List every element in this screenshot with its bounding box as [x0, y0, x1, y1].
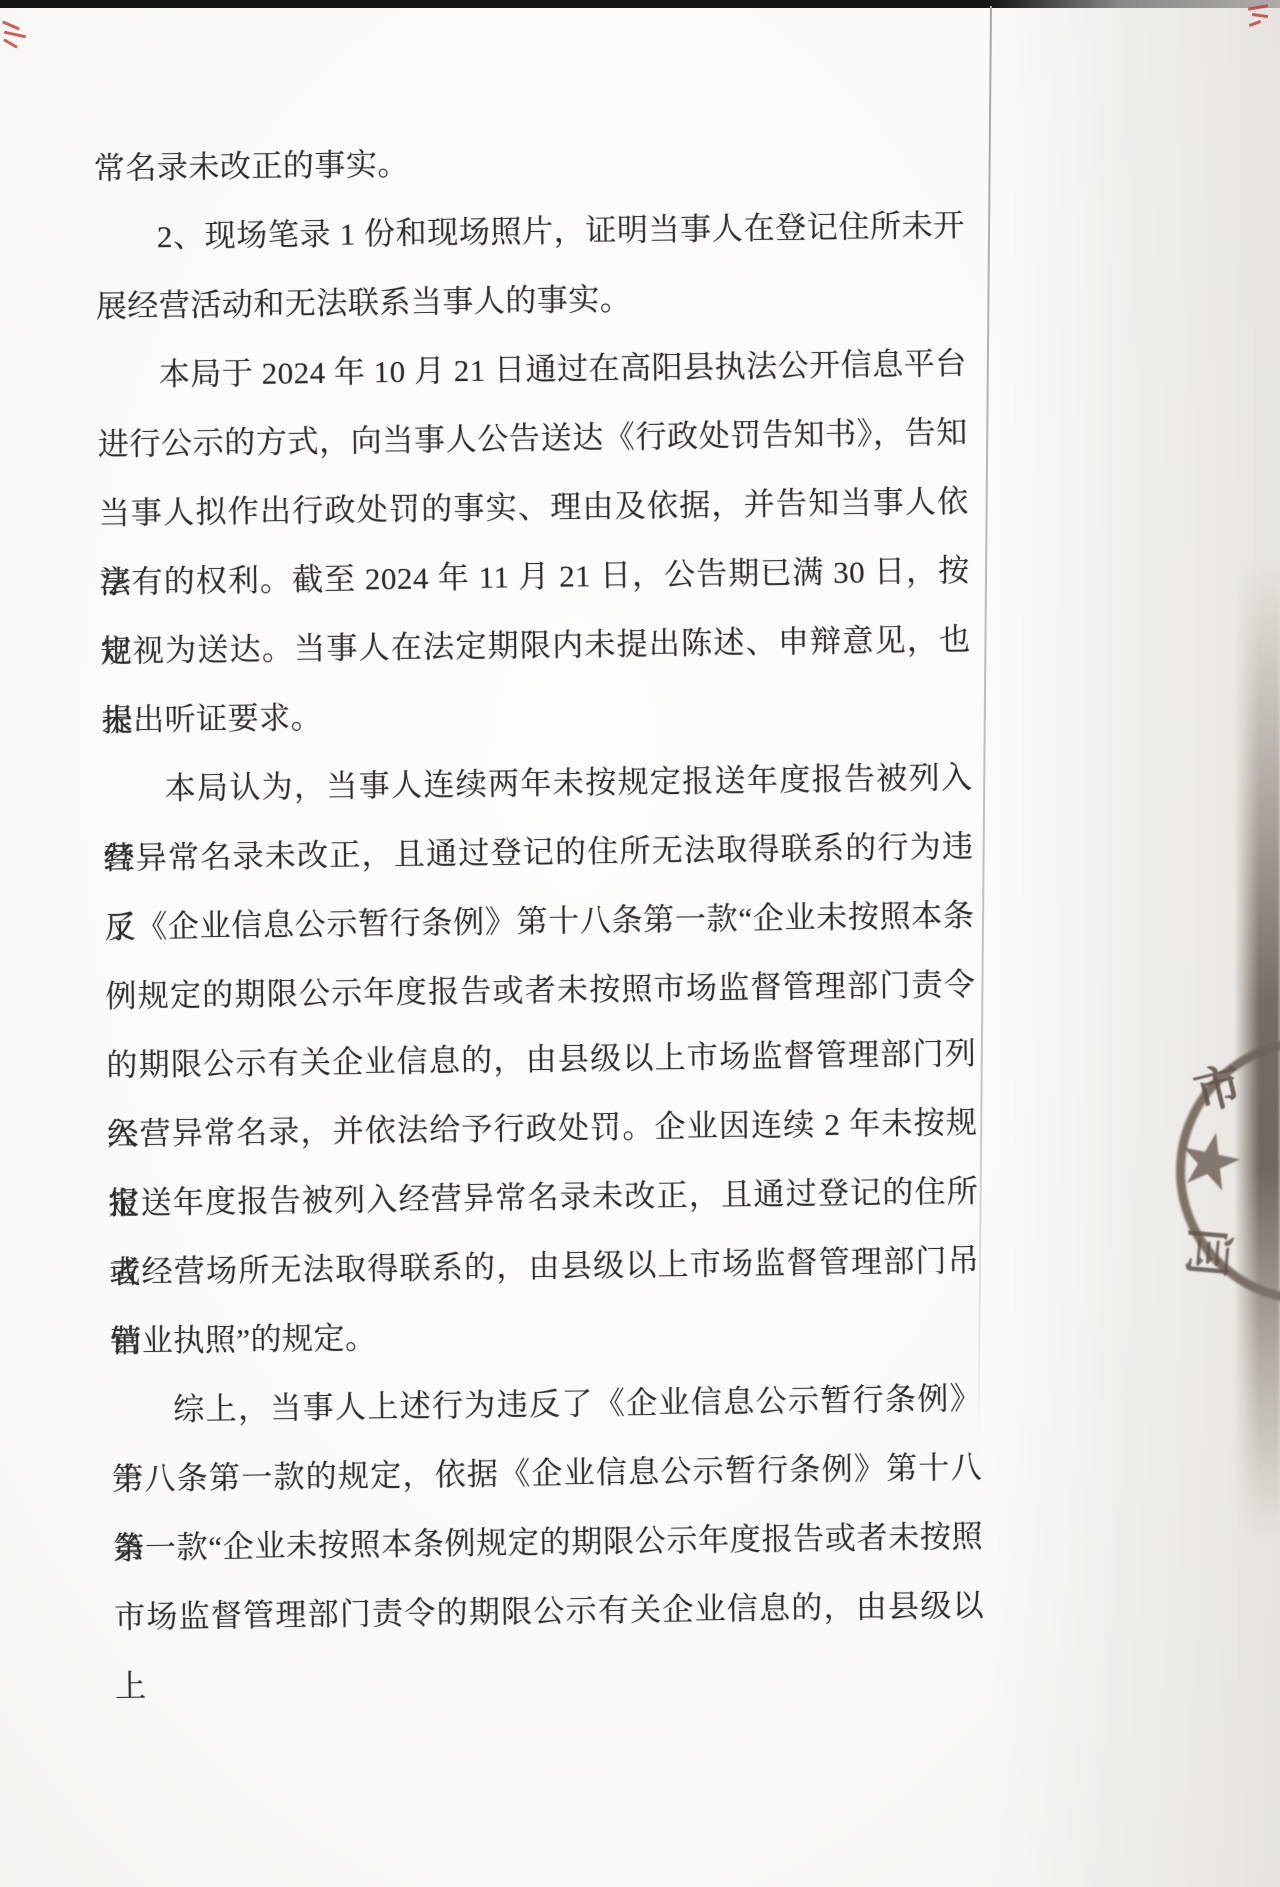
text-line: 进行公示的方式，向当事人公告送达《行政处罚告知书》，告知 [97, 398, 968, 479]
text-line: 提出听证要求。 [101, 674, 972, 755]
text-line: 营异常名录未改正，且通过登记的住所无法取得联系的行为违反 [103, 812, 974, 893]
text-line: 市场监督管理部门责令的期限公示有关企业信息的，由县级以上 [114, 1571, 985, 1652]
text-line: 本局认为，当事人连续两年未按规定报送年度报告被列入经 [102, 743, 973, 824]
text-line: 的期限公示有关企业信息的，由县级以上市场监督管理部门列入 [106, 1019, 977, 1100]
text-line: 经营异常名录，并依法给予行政处罚。企业因连续 2 年未按规定 [107, 1088, 978, 1169]
book-spine-shadow [1234, 560, 1280, 1540]
text-line: 展经营活动和无法联系当事人的事实。 [95, 260, 966, 341]
text-line: 综上，当事人上述行为违反了《企业信息公示暂行条例》第 [111, 1364, 982, 1445]
red-mark-top-right [1246, 4, 1272, 30]
text-line: 营业执照”的规定。 [110, 1295, 981, 1376]
scanned-page-photo: 常名录未改正的事实。2、现场笔录 1 份和现场照片，证明当事人在登记住所未开展经… [0, 0, 1280, 1887]
text-line: 第一款“企业未按照本条例规定的期限公示年度报告或者未按照 [113, 1502, 984, 1583]
page-crease-line [977, 6, 992, 1466]
text-line: 了《企业信息公示暂行条例》第十八条第一款“企业未按照本条 [104, 881, 975, 962]
text-line: 报送年度报告被列入经营异常名录未改正，且通过登记的住所或 [108, 1157, 979, 1238]
text-line: 定视为送达。当事人在法定期限内未提出陈述、申辩意见，也未 [100, 605, 971, 686]
text-line: 享有的权利。截至 2024 年 11 月 21 日，公告期已满 30 日，按规 [99, 536, 970, 617]
text-line: 当事人拟作出行政处罚的事实、理由及依据，并告知当事人依法 [98, 467, 969, 548]
text-line: 2、现场笔录 1 份和现场照片，证明当事人在登记住所未开 [94, 191, 965, 272]
text-line: 者经营场所无法取得联系的，由县级以上市场监督管理部门吊销 [109, 1226, 980, 1307]
text-line: 本局于 2024 年 10 月 21 日通过在高阳县执法公开信息平台 [96, 329, 967, 410]
text-line: 十八条第一款的规定，依据《企业信息公示暂行条例》第十八条 [112, 1433, 983, 1514]
red-mark-top-left [2, 20, 28, 48]
document-text: 常名录未改正的事实。2、现场笔录 1 份和现场照片，证明当事人在登记住所未开展经… [93, 122, 984, 1652]
text-line: 常名录未改正的事实。 [93, 122, 964, 203]
text-line: 例规定的期限公示年度报告或者未按照市场监督管理部门责令 [105, 950, 976, 1031]
